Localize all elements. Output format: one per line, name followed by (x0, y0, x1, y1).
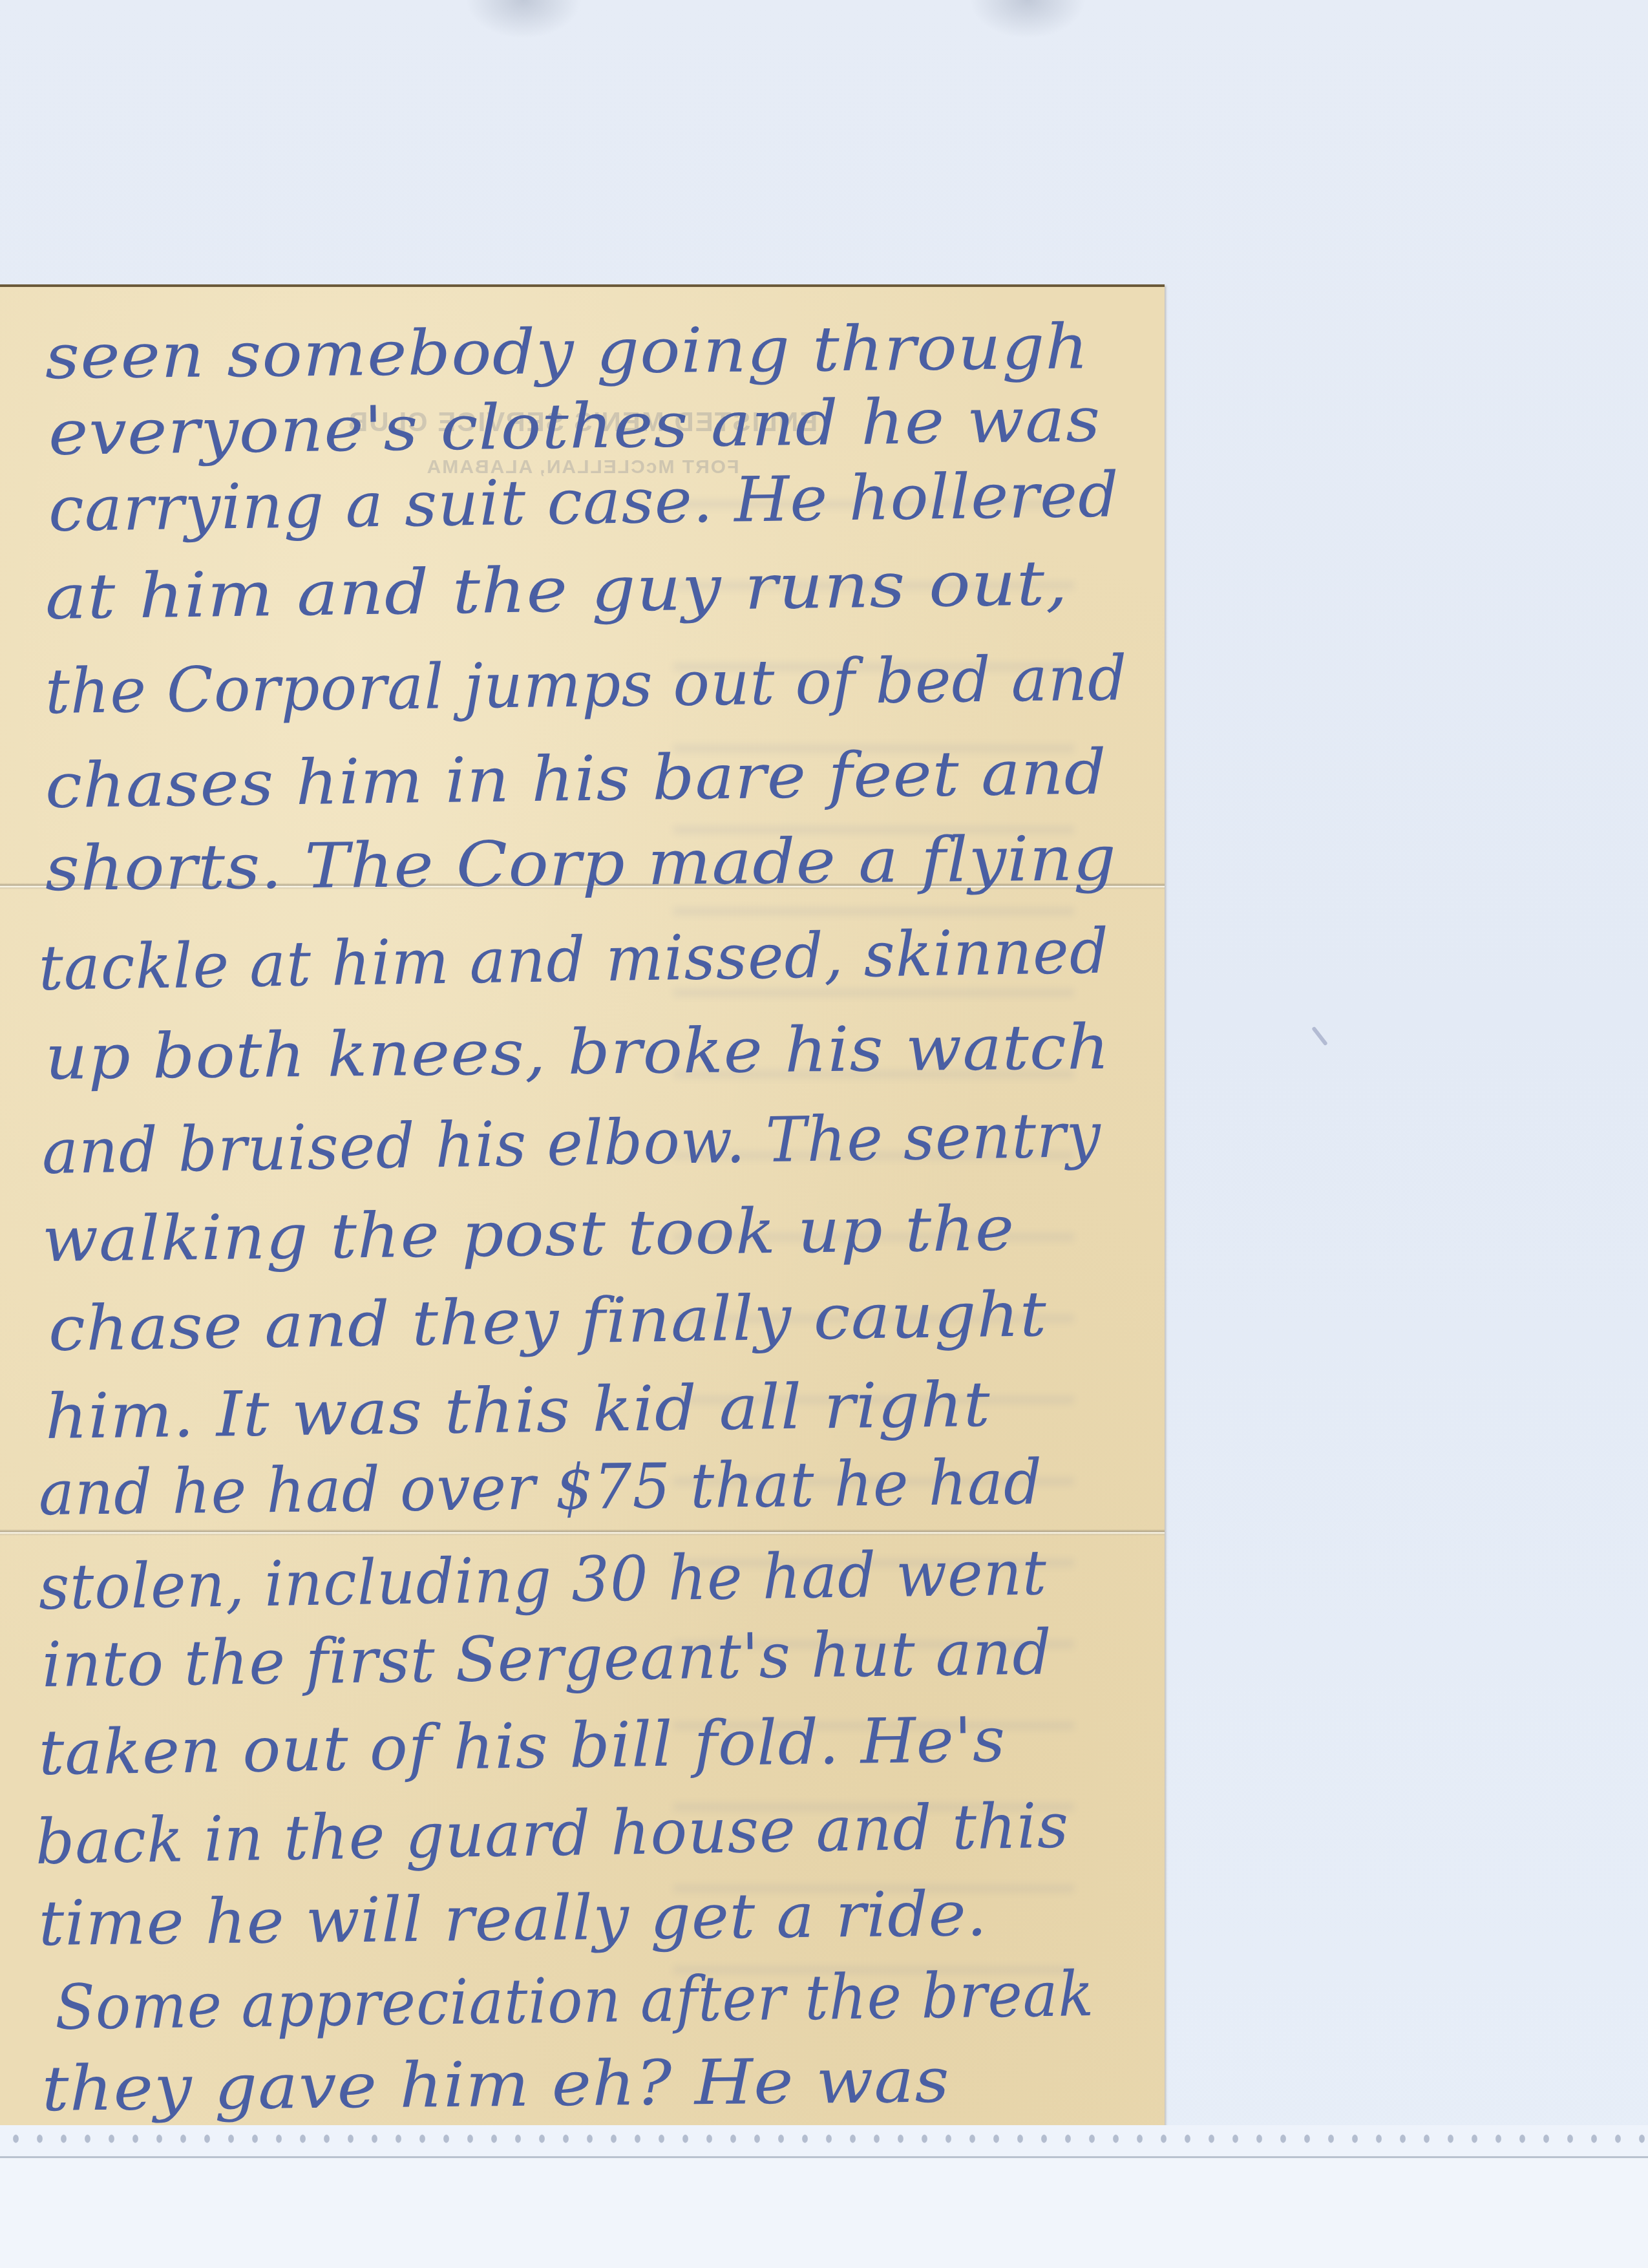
handwritten-line: everyone's clothes and he was (48, 388, 1101, 464)
handwritten-line: up both knees, broke his watch (45, 1016, 1110, 1088)
handwritten-line: chase and they finally caught (48, 1283, 1047, 1360)
handwritten-line: walking the post took up the (41, 1198, 1015, 1271)
handwritten-line: time he will really get a ride. (38, 1883, 988, 1955)
handwritten-line: him. It was this kid all right (45, 1373, 991, 1448)
handwritten-line: the Corporal jumps out of bed and (45, 647, 1127, 723)
perforation-row (4, 2132, 1648, 2146)
handwritten-line: they gave him eh? He was (41, 2049, 950, 2120)
handwritten-line: Some appreciation after the break (54, 1963, 1094, 2039)
handwritten-line: at him and the guy runs out, (45, 552, 1068, 628)
handwritten-line: chases him in his bare feet and (45, 741, 1107, 817)
handwritten-line: carrying a suit case. He hollered (48, 463, 1119, 540)
scanner-shadow-right (969, 0, 1086, 39)
handwritten-line: taken out of his bill fold. He's (38, 1709, 1006, 1784)
handwritten-line: stolen, including 30 he had went (38, 1542, 1047, 1618)
handwritten-line: seen somebody going through (45, 315, 1089, 388)
handwritten-line: and he had over $75 that he had (39, 1451, 1043, 1524)
scanner-bed-bottom (0, 2158, 1648, 2268)
handwritten-line: shorts. The Corp made a flying (45, 827, 1117, 900)
scanner-shadow-left (465, 0, 582, 39)
fold-crease-lower (0, 1529, 1165, 1536)
sheet-protector-edge (0, 2125, 1648, 2158)
handwritten-line: into the first Sergeant's hut and (41, 1622, 1052, 1696)
handwritten-line: and bruised his elbow. The sentry (41, 1104, 1101, 1183)
dust-speck (1311, 1026, 1328, 1046)
letter-page: ENLISTED MEN'S SERVICE CLUB FORT McCLELL… (0, 284, 1165, 2128)
handwritten-line: tackle at him and missed, skinned (38, 920, 1109, 999)
handwritten-line: back in the guard house and this (35, 1794, 1069, 1873)
